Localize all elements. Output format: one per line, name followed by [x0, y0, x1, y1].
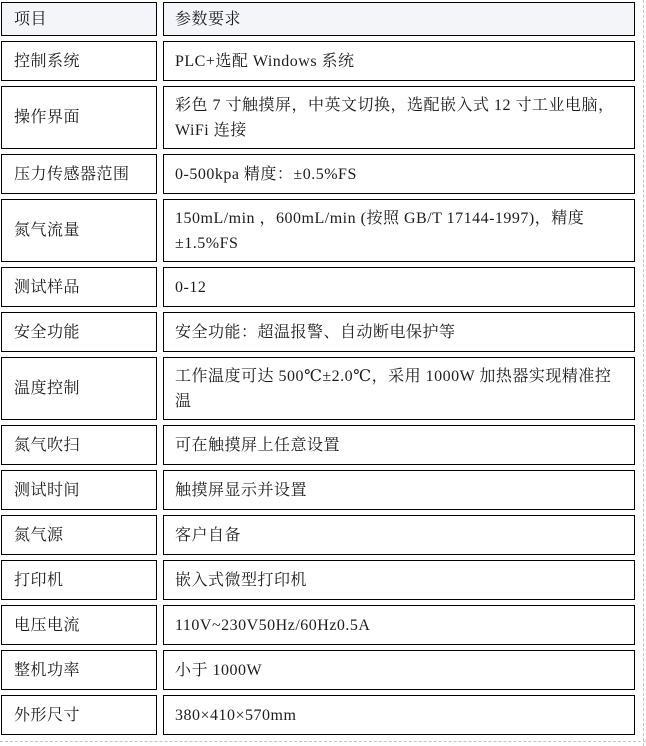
document-page: { "page": { "background": "#ffffff", "bo… [0, 0, 646, 746]
row-value-cell: 380×410×570mm [163, 695, 635, 735]
row-value-cell: 可在触摸屏上任意设置 [163, 425, 635, 465]
row-value-cell: 0-12 [163, 267, 635, 307]
row-item-cell: 氮气吹扫 [1, 425, 157, 465]
row-value-cell: 150mL/min ，600mL/min (按照 GB/T 17144-1997… [163, 199, 635, 262]
row-value-cell: 彩色 7 寸触摸屏，中英文切换，选配嵌入式 12 寸工业电脑，WiFi 连接 [163, 86, 635, 149]
row-value-cell: 嵌入式微型打印机 [163, 560, 635, 600]
row-item-cell: 打印机 [1, 560, 157, 600]
row-value-cell: 安全功能：超温报警、自动断电保护等 [163, 312, 635, 352]
row-value-cell: 110V~230V50Hz/60Hz0.5A [163, 605, 635, 645]
page-text-boundary-bottom [0, 741, 646, 742]
row-value-cell: 小于 1000W [163, 650, 635, 690]
page-text-boundary-right [643, 0, 644, 746]
row-item-cell: 温度控制 [1, 357, 157, 420]
row-item-cell: 整机功率 [1, 650, 157, 690]
row-item-cell: 控制系统 [1, 41, 157, 81]
header-cell-item: 项目 [1, 2, 157, 36]
row-item-cell: 压力传感器范围 [1, 154, 157, 194]
row-item-cell: 测试时间 [1, 470, 157, 510]
row-value-cell: 工作温度可达 500℃±2.0℃，采用 1000W 加热器实现精准控温 [163, 357, 635, 420]
row-item-cell: 测试样品 [1, 267, 157, 307]
row-item-cell: 操作界面 [1, 86, 157, 149]
row-item-cell: 电压电流 [1, 605, 157, 645]
row-value-cell: 触摸屏显示并设置 [163, 470, 635, 510]
row-item-cell: 安全功能 [1, 312, 157, 352]
header-cell-value: 参数要求 [163, 2, 635, 36]
row-item-cell: 氮气源 [1, 515, 157, 555]
row-value-cell: 客户自备 [163, 515, 635, 555]
row-value-cell: PLC+选配 Windows 系统 [163, 41, 635, 81]
row-item-cell: 氮气流量 [1, 199, 157, 262]
spec-table: 项目 参数要求 控制系统 PLC+选配 Windows 系统 操作界面 彩色 7… [1, 2, 635, 735]
row-value-cell: 0-500kpa 精度：±0.5%FS [163, 154, 635, 194]
row-item-cell: 外形尺寸 [1, 695, 157, 735]
